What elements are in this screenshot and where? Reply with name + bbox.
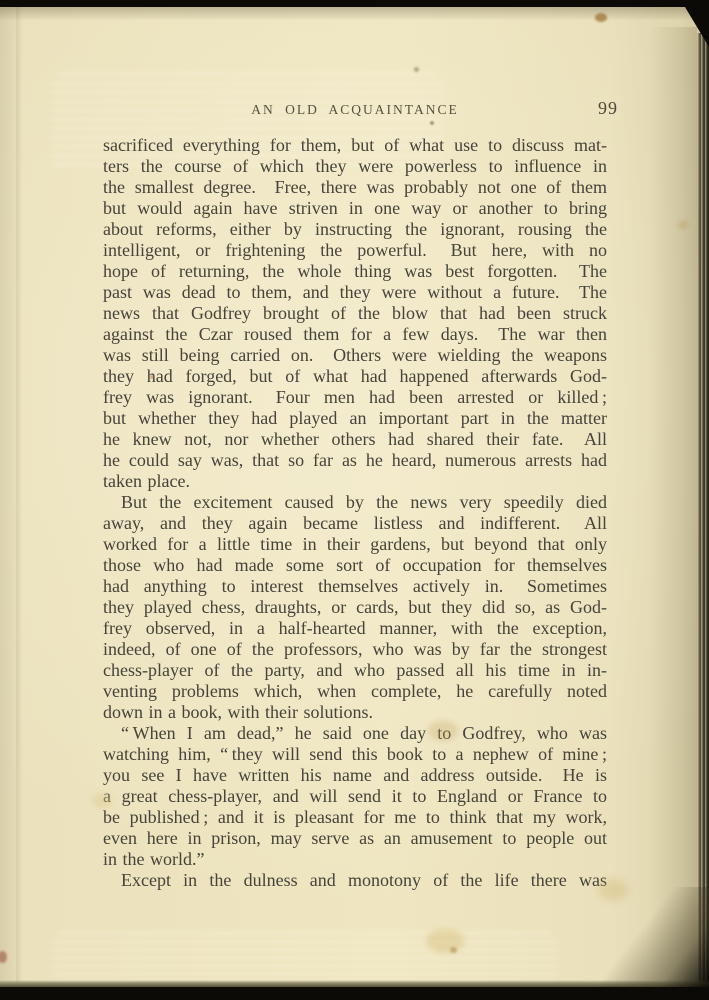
text-line-11: was still being carried on. Others were … — [103, 345, 607, 366]
text-line-30: watching him, “ they will send this book… — [103, 744, 607, 765]
text-line-16: he could say was, that so far as he hear… — [103, 450, 607, 471]
text-line-17: taken place. — [103, 471, 607, 492]
text-line-12: they had forged, but of what had happene… — [103, 366, 607, 387]
left-edge-tint — [0, 7, 16, 987]
text-line-21: those who had made some sort of occupati… — [103, 555, 607, 576]
bottom-right-corner-shadow — [534, 887, 709, 987]
text-line-33: be published ; and it is pleasant for me… — [103, 807, 607, 828]
text-line-20: worked for a little time in their garden… — [103, 534, 607, 555]
top-edge-shade — [0, 7, 695, 21]
text-line-3: the smallest degree. Free, there was pro… — [103, 177, 607, 198]
text-line-34: even here in prison, may serve as an amu… — [103, 828, 607, 849]
text-line-15: he knew not, nor whether others had shar… — [103, 429, 607, 450]
text-line-32: a great chess-player, and will send it t… — [103, 786, 607, 807]
page-text: sacrificed everything for them, but of w… — [103, 135, 607, 891]
scanned-book-page: AN OLD ACQUAINTANCE 99 sacrificed everyt… — [0, 7, 709, 987]
text-line-26: chess-player of the party, and who passe… — [103, 660, 607, 681]
text-line-5: about reforms, either by instructing the… — [103, 219, 607, 240]
text-line-29: “ When I am dead,” he said one day to Go… — [103, 723, 607, 744]
text-line-14: but whether they had played an important… — [103, 408, 607, 429]
page-header: AN OLD ACQUAINTANCE 99 — [103, 100, 607, 122]
page-number: 99 — [598, 98, 618, 119]
text-line-36: Except in the dulness and monotony of th… — [103, 870, 607, 891]
text-line-23: they played chess, draughts, or cards, b… — [103, 597, 607, 618]
left-crease — [16, 7, 22, 987]
text-line-13: frey was ignorant. Four men had been arr… — [103, 387, 607, 408]
text-line-4: but would again have striven in one way … — [103, 198, 607, 219]
text-line-6: intelligent, or frightening the powerful… — [103, 240, 607, 261]
page-curvature-shadow — [649, 27, 697, 987]
text-line-7: hope of returning, the whole thing was b… — [103, 261, 607, 282]
text-line-22: had anything to interest themselves acti… — [103, 576, 607, 597]
scan-streak-band — [52, 932, 557, 984]
text-line-10: against the Czar roused them for a few d… — [103, 324, 607, 345]
text-line-25: indeed, of one of the professors, who wa… — [103, 639, 607, 660]
text-line-35: in the world.” — [103, 849, 607, 870]
text-line-2: ters the course of which they were power… — [103, 156, 607, 177]
text-line-9: news that Godfrey brought of the blow th… — [103, 303, 607, 324]
text-line-31: you see I have written his name and addr… — [103, 765, 607, 786]
stain — [414, 67, 419, 72]
text-line-18: But the excitement caused by the news ve… — [103, 492, 607, 513]
text-line-19: away, and they again became listless and… — [103, 513, 607, 534]
text-line-24: frey observed, in a half-hearted manner,… — [103, 618, 607, 639]
running-header-title: AN OLD ACQUAINTANCE — [103, 102, 607, 118]
top-right-corner-cut — [685, 7, 709, 47]
text-line-8: past was dead to them, and they were wit… — [103, 282, 607, 303]
text-line-28: down in a book, with their solutions. — [103, 702, 607, 723]
text-line-27: venting problems which, when complete, h… — [103, 681, 607, 702]
text-line-1: sacrificed everything for them, but of w… — [103, 135, 607, 156]
book-fore-edge — [697, 33, 709, 987]
